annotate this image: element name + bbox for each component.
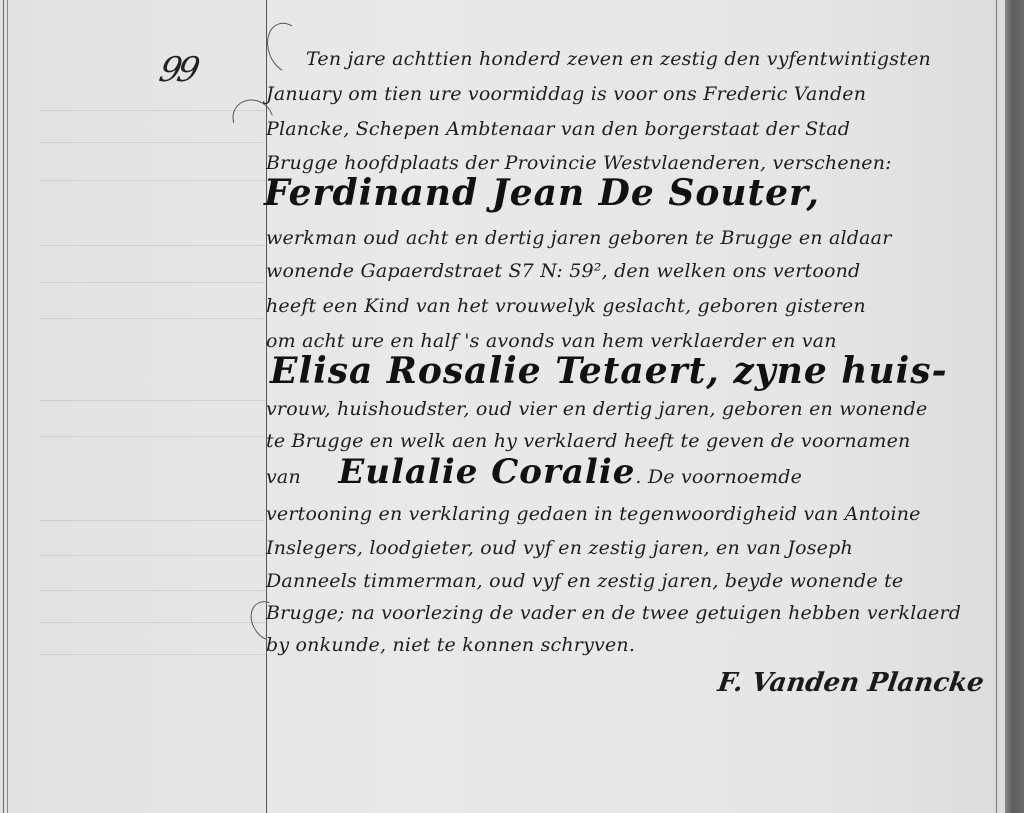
ruled-line	[40, 590, 265, 591]
ruled-line	[40, 654, 265, 655]
text-line: Inslegers, loodgieter, oud vyf en zestig…	[266, 537, 853, 559]
ruled-line	[40, 555, 265, 556]
entry-number: 99	[156, 50, 200, 90]
text-prefix: van	[266, 466, 338, 488]
child-name-line: van Eulalie Coralie. De voornoemde	[266, 452, 802, 492]
left-page-border	[3, 0, 8, 813]
father-name: Ferdinand Jean De Souter,	[264, 172, 820, 214]
ruled-line	[40, 622, 265, 623]
ruled-line	[40, 436, 265, 437]
ruled-line	[40, 520, 265, 521]
text-line: te Brugge en welk aen hy verklaerd heeft…	[266, 430, 910, 452]
child-name: Eulalie Coralie	[338, 452, 635, 492]
text-suffix: . De voornoemde	[635, 466, 802, 488]
text-line: Brugge hoofdplaats der Provincie Westvla…	[266, 152, 892, 174]
ruled-line	[40, 400, 265, 401]
text-line: vertooning en verklaring gedaen in tegen…	[266, 503, 921, 525]
ruled-line	[40, 110, 265, 111]
right-page-rule	[996, 0, 997, 813]
binding-shadow	[1005, 0, 1024, 813]
register-page: 99 Ten jare achttien honderd zeven en ze…	[0, 0, 1005, 813]
text-line: Danneels timmerman, oud vyf en zestig ja…	[266, 570, 903, 592]
text-line: werkman oud acht en dertig jaren geboren…	[266, 227, 891, 249]
text-line: Brugge; na voorlezing de vader en de twe…	[266, 602, 961, 624]
text-line: January om tien ure voormiddag is voor o…	[266, 83, 866, 105]
text-line: by onkunde, niet te konnen schryven.	[266, 634, 635, 656]
text-line: wonende Gapaerdstraet S7 N: 59², den wel…	[266, 260, 860, 282]
ruled-line	[40, 180, 265, 181]
ruled-line	[40, 245, 265, 246]
text-line: Plancke, Schepen Ambtenaar van den borge…	[266, 118, 850, 140]
mother-name: Elisa Rosalie Tetaert, zyne huis-	[270, 350, 948, 392]
text-line: heeft een Kind van het vrouwelyk geslach…	[266, 295, 866, 317]
text-line: Ten jare achttien honderd zeven en zesti…	[306, 48, 931, 70]
ruled-line	[40, 282, 265, 283]
ruled-line	[40, 142, 265, 143]
text-line: om acht ure en half 's avonds van hem ve…	[266, 330, 837, 352]
ruled-line	[40, 318, 265, 319]
text-line: vrouw, huishoudster, oud vier en dertig …	[266, 398, 927, 420]
officer-signature: F. Vanden Plancke	[716, 668, 986, 698]
